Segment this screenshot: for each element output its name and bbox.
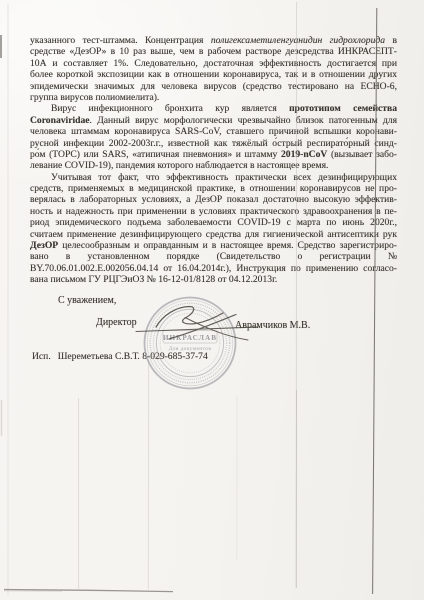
executor-label: Исп. — [32, 351, 51, 362]
page-bottom-edge-line — [4, 590, 173, 592]
text-segment: вана письмом ГУ РЦГЭиОЗ № 16-12-01/8128 … — [30, 274, 277, 285]
salutation: С уважением, — [58, 295, 116, 306]
paragraph-3-line-2: средств, применяемых в медицинской практ… — [30, 183, 397, 194]
stamp-seal: ИНКРАСЛАВ Для документов — [145, 298, 236, 389]
text-segment: 2019-nCoV — [281, 149, 327, 160]
stamp-inner-microtext — [160, 313, 220, 373]
text-segment: (вызывает забо- — [327, 149, 397, 160]
paragraph-2-line-2: Coronaviridae. Данный вирус морфологичес… — [30, 115, 397, 126]
stamp-center-box — [163, 331, 217, 344]
text-segment: ДезОР — [30, 240, 58, 251]
signature-stroke-up — [169, 315, 236, 340]
text-segment: человека штаммам коронавируса SARS-CoV, … — [30, 126, 397, 137]
paragraph-2-line-4: русной инфекции 2002-2003г.г., известной… — [30, 138, 397, 149]
stamp-outer-ring-icon — [145, 298, 236, 389]
paragraph-1-line-1: указанного тест-штамма. Концентрация пол… — [30, 35, 397, 46]
paragraph-3-line-8: вано в установленном порядке (Свидетельс… — [30, 251, 397, 262]
text-segment: ро́м (ТОРС) или SARS, «атипичная пневмон… — [30, 149, 281, 160]
paragraph-3-line-7: ДезОР целесообразным и оправданным и в н… — [30, 240, 397, 251]
paragraph-2-line-6: левание COVID-19), пандемия которого наб… — [30, 160, 397, 171]
text-segment: Coronaviridae — [30, 115, 90, 126]
text-segment: Учитывая тот факт, что эффективность пра… — [51, 172, 397, 183]
text-segment: указанного тест-штамма. Концентрация — [30, 35, 211, 46]
text-segment: группа вирусов полиомиелита). — [30, 92, 159, 103]
text-segment: 10А и составляет 1%. Следовательно, дост… — [30, 58, 397, 69]
stamp-inner-ring-icon — [156, 309, 223, 376]
signature-scribble — [156, 307, 223, 328]
stamp-outer-inner-edge — [147, 300, 233, 386]
signer-title: Директор — [96, 317, 137, 328]
paragraph-3-line-10: вана письмом ГУ РЦГЭиОЗ № 16-12-01/8128 … — [30, 274, 397, 285]
stamp-ring-microtext-2 — [153, 306, 226, 379]
paragraph-3-line-3: верялась в лабораторных условиях, а ДезО… — [30, 194, 397, 205]
paragraph-1-line-6: группа вирусов полиомиелита). — [30, 92, 397, 103]
letter-body: указанного тест-штамма. Концентрация пол… — [30, 35, 397, 286]
text-segment: BY.70.06.01.002.Е.002056.04.14 от 16.04.… — [30, 263, 397, 274]
paragraph-3-line-6: считаем применение дезинфицирующего сред… — [30, 229, 397, 240]
text-segment: средств, применяемых в медицинской практ… — [30, 183, 397, 194]
text-segment: средстве «ДезОР» в 10 раз выше, чем в ра… — [30, 46, 397, 57]
text-segment: эпидемически значимых для человека вирус… — [30, 81, 397, 92]
executor-line: Исп.Шереметьева С.В.Т. 8-029-685-37-74 — [32, 351, 208, 362]
paragraph-1-line-4: более короткой экспозиции как в отношени… — [30, 69, 397, 80]
text-segment: считаем применение дезинфицирующего сред… — [30, 229, 397, 240]
paragraph-1-line-5: эпидемически значимых для человека вирус… — [30, 81, 397, 92]
paragraph-2-line-3: человека штаммам коронавируса SARS-CoV, … — [30, 126, 397, 137]
text-segment: Вирус инфекционного бронхита кур являетс… — [51, 103, 289, 114]
paragraph-3-line-1: Учитывая тот факт, что эффективность пра… — [30, 172, 397, 183]
paragraph-2-line-5: ро́м (ТОРС) или SARS, «атипичная пневмон… — [30, 149, 397, 160]
text-segment: верялась в лабораторных условиях, а ДезО… — [30, 194, 397, 205]
paragraph-1-line-2: средстве «ДезОР» в 10 раз выше, чем в ра… — [30, 46, 397, 57]
paragraph-2-line-1: Вирус инфекционного бронхита кур являетс… — [30, 103, 397, 114]
text-segment: ность и надежность при применении в усло… — [30, 206, 397, 217]
paragraph-3-line-9: BY.70.06.01.002.Е.002056.04.14 от 16.04.… — [30, 263, 397, 274]
text-segment: более короткой экспозиции как в отношени… — [30, 69, 397, 80]
scanned-letter-page: указанного тест-штамма. Концентрация пол… — [0, 0, 424, 600]
paragraph-3-line-5: риод эпидемического подъема заболеваемос… — [30, 217, 397, 228]
text-segment: . Данный вирус морфологически чрезвычайн… — [90, 115, 397, 126]
text-segment: целесообразным и оправданным и в настоящ… — [58, 240, 397, 251]
signer-name: Аврамчиков М.В. — [235, 320, 310, 331]
text-segment: риод эпидемического подъема заболеваемос… — [30, 217, 397, 228]
text-segment: вано в установленном порядке (Свидетельс… — [30, 251, 397, 262]
text-segment: в — [385, 35, 397, 46]
executor-value: Шереметьева С.В.Т. 8-029-685-37-74 — [58, 351, 208, 362]
text-segment: левание COVID-19), пандемия которого наб… — [30, 160, 328, 171]
paragraph-1-line-3: 10А и составляет 1%. Следовательно, дост… — [30, 58, 397, 69]
paragraph-3-line-4: ность и надежность при применении в усло… — [30, 206, 397, 217]
text-segment: русной инфекции 2002-2003г.г., известной… — [30, 138, 397, 149]
text-segment: полигексаметиленгуанидин гидрохлорида — [211, 35, 385, 46]
stamp-org-name: ИНКРАСЛАВ — [163, 334, 217, 342]
text-segment: прототипом семейства — [289, 103, 397, 114]
stamp-ring-microtext-1 — [150, 303, 230, 383]
